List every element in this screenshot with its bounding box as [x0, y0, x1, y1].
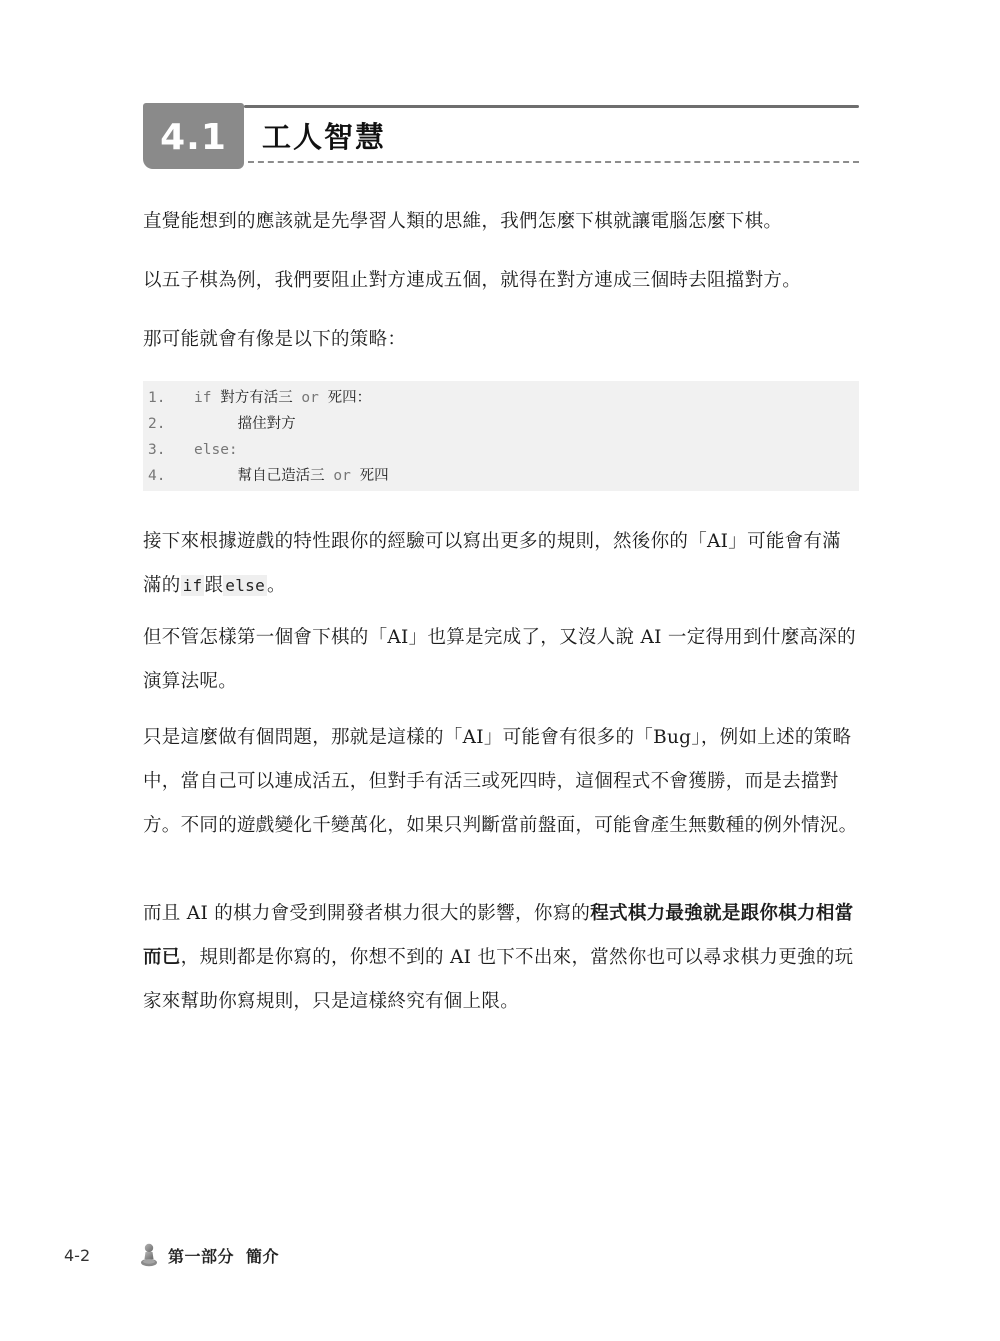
text: 。: [267, 575, 286, 596]
code-line: 2. 擋住對方: [143, 411, 859, 437]
page-footer: 4-2 第一部分 簡介: [64, 1240, 279, 1270]
part-label: 第一部分: [168, 1244, 234, 1267]
code-cjk: 對方有活三: [220, 390, 293, 406]
line-number: 4.: [143, 463, 194, 489]
code-indent: [194, 416, 238, 432]
heading-dashed-rule: [248, 161, 859, 163]
section-number: 4.1: [160, 117, 227, 158]
page-number: 4-2: [64, 1246, 140, 1265]
code-keyword: else:: [194, 442, 238, 458]
paragraph-intro: 直覺能想到的應該就是先學習人類的思維，我們怎麼下棋就讓電腦怎麼下棋。: [143, 200, 859, 244]
book-page: 4.1 工人智慧 直覺能想到的應該就是先學習人類的思維，我們怎麼下棋就讓電腦怎麼…: [0, 0, 1000, 1341]
code-cjk: 幫自己造活三: [238, 468, 325, 484]
code-keyword: or: [325, 468, 360, 484]
code-text: 擋住對方: [194, 411, 296, 437]
paragraph-strategy-lead: 那可能就會有像是以下的策略：: [143, 318, 859, 362]
text: 而且 AI 的棋力會受到開發者棋力很大的影響，你寫的: [143, 903, 590, 924]
code-line: 3. else:: [143, 437, 859, 463]
code-text: if 對方有活三 or 死四：: [194, 385, 371, 411]
code-cjk: 擋住對方: [238, 416, 296, 432]
code-punct: ：: [357, 390, 372, 406]
paragraph-gomoku-example: 以五子棋為例，我們要阻止對方連成五個，就得在對方連成三個時去阻擋對方。: [143, 259, 859, 303]
pawn-icon: [140, 1243, 158, 1267]
paragraph-ai-complete: 但不管怎樣第一個會下棋的「AI」也算是完成了，又沒人說 AI 一定得用到什麼高深…: [143, 616, 859, 704]
section-number-box: 4.1: [143, 103, 244, 169]
section-label: 簡介: [246, 1244, 279, 1267]
code-cjk: 死四: [360, 468, 389, 484]
code-cjk: 死四: [328, 390, 357, 406]
code-text: else:: [194, 437, 238, 463]
code-block: 1. if 對方有活三 or 死四： 2. 擋住對方 3. else: 4. 幫…: [143, 381, 859, 491]
section-title: 工人智慧: [262, 115, 386, 156]
heading-top-rule: [244, 105, 859, 108]
code-keyword: or: [293, 390, 328, 406]
inline-code-else: else: [223, 575, 267, 596]
code-indent: [194, 468, 238, 484]
code-line: 1. if 對方有活三 or 死四：: [143, 385, 859, 411]
code-text: 幫自己造活三 or 死四: [194, 463, 389, 489]
paragraph-bug-problem: 只是這麼做有個問題，那就是這樣的「AI」可能會有很多的「Bug」，例如上述的策略…: [143, 716, 859, 848]
paragraph-skill-limit: 而且 AI 的棋力會受到開發者棋力很大的影響，你寫的程式棋力最強就是跟你棋力相當…: [143, 892, 859, 1024]
text: 跟: [204, 575, 223, 596]
inline-code-if: if: [181, 575, 205, 596]
code-line: 4. 幫自己造活三 or 死四: [143, 463, 859, 489]
line-number: 2.: [143, 411, 194, 437]
line-number: 3.: [143, 437, 194, 463]
paragraph-more-rules: 接下來根據遊戲的特性跟你的經驗可以寫出更多的規則，然後你的「AI」可能會有滿滿的…: [143, 520, 859, 608]
text: ，規則都是你寫的，你想不到的 AI 也下不出來，當然你也可以尋求棋力更強的玩家來…: [143, 947, 853, 1012]
code-keyword: if: [194, 390, 220, 406]
line-number: 1.: [143, 385, 194, 411]
section-heading: 4.1 工人智慧: [143, 102, 859, 170]
